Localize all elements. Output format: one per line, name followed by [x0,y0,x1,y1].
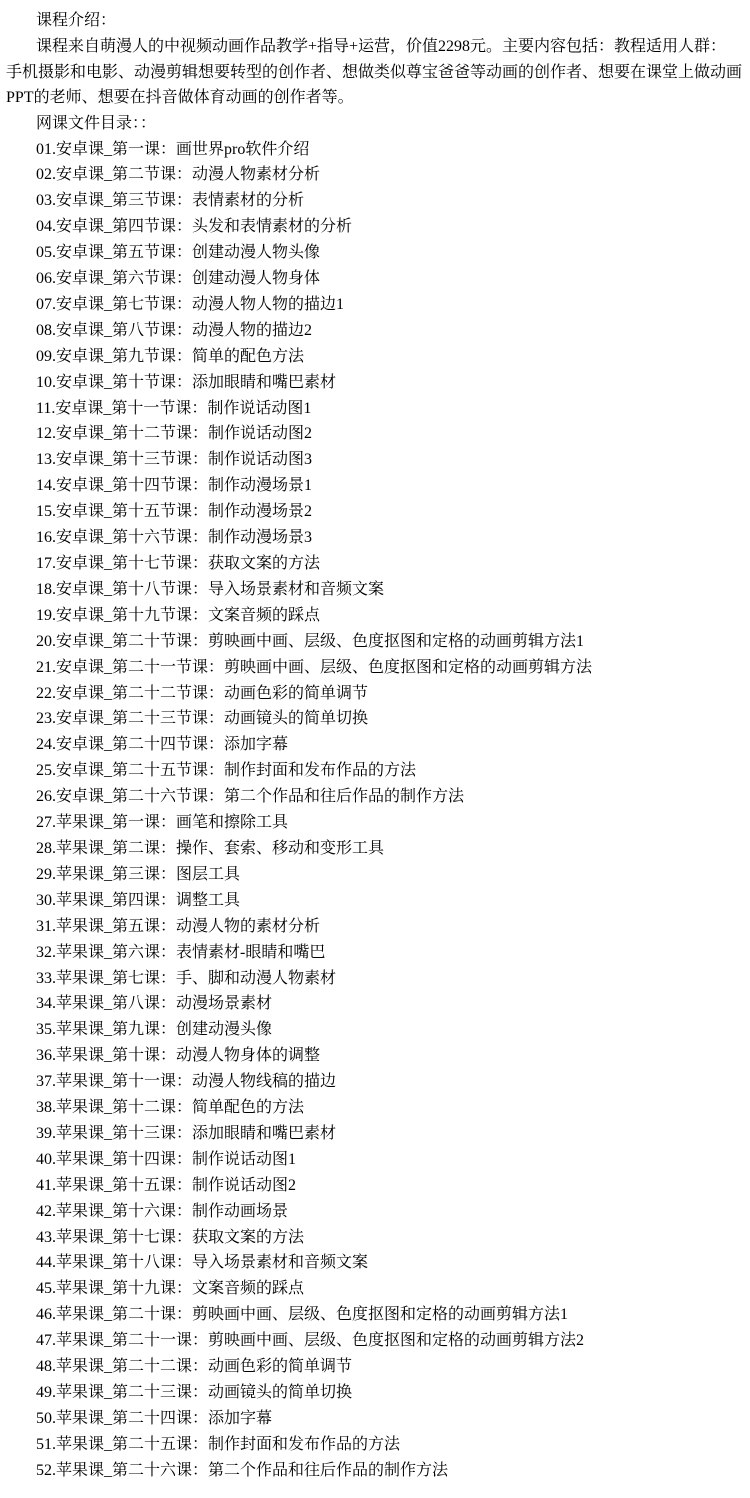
toc-item: 05.安卓课_第五节课：创建动漫人物头像 [6,240,742,266]
toc-item: 14.安卓课_第十四节课：制作动漫场景1 [6,473,742,499]
toc-item: 10.安卓课_第十节课：添加眼睛和嘴巴素材 [6,370,742,396]
toc-item: 48.苹果课_第二十二课：动画色彩的简单调节 [6,1354,742,1380]
toc-item: 12.安卓课_第十二节课：制作说话动图2 [6,421,742,447]
toc-item: 30.苹果课_第四课：调整工具 [6,888,742,914]
toc-item: 47.苹果课_第二十一课：剪映画中画、层级、色度抠图和定格的动画剪辑方法2 [6,1328,742,1354]
toc-item: 01.安卓课_第一课：画世界pro软件介绍 [6,137,742,163]
toc-item: 38.苹果课_第十二课：简单配色的方法 [6,1095,742,1121]
toc-item: 13.安卓课_第十三节课：制作说话动图3 [6,447,742,473]
toc-item: 36.苹果课_第十课：动漫人物身体的调整 [6,1043,742,1069]
toc-item: 34.苹果课_第八课：动漫场景素材 [6,991,742,1017]
toc-item: 29.苹果课_第三课：图层工具 [6,862,742,888]
toc-item: 40.苹果课_第十四课：制作说话动图1 [6,1147,742,1173]
toc-item: 20.安卓课_第二十节课：剪映画中画、层级、色度抠图和定格的动画剪辑方法1 [6,629,742,655]
toc-item: 35.苹果课_第九课：创建动漫头像 [6,1017,742,1043]
intro-paragraph: 课程来自萌漫人的中视频动画作品教学+指导+运营，价值2298元。主要内容包括：教… [6,34,742,111]
toc-item: 04.安卓课_第四节课：头发和表情素材的分析 [6,214,742,240]
toc-item: 11.安卓课_第十一节课：制作说话动图1 [6,396,742,422]
toc-list: 01.安卓课_第一课：画世界pro软件介绍02.安卓课_第二节课：动漫人物素材分… [6,137,742,1484]
toc-item: 23.安卓课_第二十三节课：动画镜头的简单切换 [6,706,742,732]
toc-item: 45.苹果课_第十九课：文案音频的踩点 [6,1276,742,1302]
toc-item: 42.苹果课_第十六课：制作动画场景 [6,1199,742,1225]
toc-item: 25.安卓课_第二十五节课：制作封面和发布作品的方法 [6,758,742,784]
document-body: 课程介绍： 课程来自萌漫人的中视频动画作品教学+指导+运营，价值2298元。主要… [0,0,750,1484]
toc-item: 49.苹果课_第二十三课：动画镜头的简单切换 [6,1380,742,1406]
toc-item: 37.苹果课_第十一课：动漫人物线稿的描边 [6,1069,742,1095]
toc-item: 07.安卓课_第七节课：动漫人物人物的描边1 [6,292,742,318]
toc-item: 41.苹果课_第十五课：制作说话动图2 [6,1173,742,1199]
toc-item: 28.苹果课_第二课：操作、套索、移动和变形工具 [6,836,742,862]
toc-item: 08.安卓课_第八节课：动漫人物的描边2 [6,318,742,344]
toc-item: 50.苹果课_第二十四课：添加字幕 [6,1406,742,1432]
toc-item: 06.安卓课_第六节课：创建动漫人物身体 [6,266,742,292]
toc-item: 46.苹果课_第二十课：剪映画中画、层级、色度抠图和定格的动画剪辑方法1 [6,1302,742,1328]
toc-item: 19.安卓课_第十九节课：文案音频的踩点 [6,603,742,629]
toc-item: 24.安卓课_第二十四节课：添加字幕 [6,732,742,758]
toc-item: 39.苹果课_第十三课：添加眼睛和嘴巴素材 [6,1121,742,1147]
toc-item: 02.安卓课_第二节课：动漫人物素材分析 [6,162,742,188]
toc-item: 31.苹果课_第五课：动漫人物的素材分析 [6,914,742,940]
intro-heading: 课程介绍： [6,8,742,34]
toc-item: 17.安卓课_第十七节课：获取文案的方法 [6,551,742,577]
toc-item: 18.安卓课_第十八节课：导入场景素材和音频文案 [6,577,742,603]
toc-item: 16.安卓课_第十六节课：制作动漫场景3 [6,525,742,551]
toc-item: 21.安卓课_第二十一节课：剪映画中画、层级、色度抠图和定格的动画剪辑方法 [6,655,742,681]
toc-item: 27.苹果课_第一课：画笔和擦除工具 [6,810,742,836]
toc-item: 03.安卓课_第三节课：表情素材的分析 [6,188,742,214]
toc-item: 09.安卓课_第九节课：简单的配色方法 [6,344,742,370]
toc-item: 52.苹果课_第二十六课：第二个作品和往后作品的制作方法 [6,1458,742,1484]
toc-item: 26.安卓课_第二十六节课：第二个作品和往后作品的制作方法 [6,784,742,810]
toc-item: 15.安卓课_第十五节课：制作动漫场景2 [6,499,742,525]
toc-item: 32.苹果课_第六课：表情素材-眼睛和嘴巴 [6,940,742,966]
toc-item: 51.苹果课_第二十五课：制作封面和发布作品的方法 [6,1432,742,1458]
toc-heading: 网课文件目录：： [6,111,742,137]
toc-item: 33.苹果课_第七课：手、脚和动漫人物素材 [6,966,742,992]
toc-item: 44.苹果课_第十八课：导入场景素材和音频文案 [6,1250,742,1276]
toc-item: 43.苹果课_第十七课：获取文案的方法 [6,1225,742,1251]
toc-item: 22.安卓课_第二十二节课：动画色彩的简单调节 [6,681,742,707]
